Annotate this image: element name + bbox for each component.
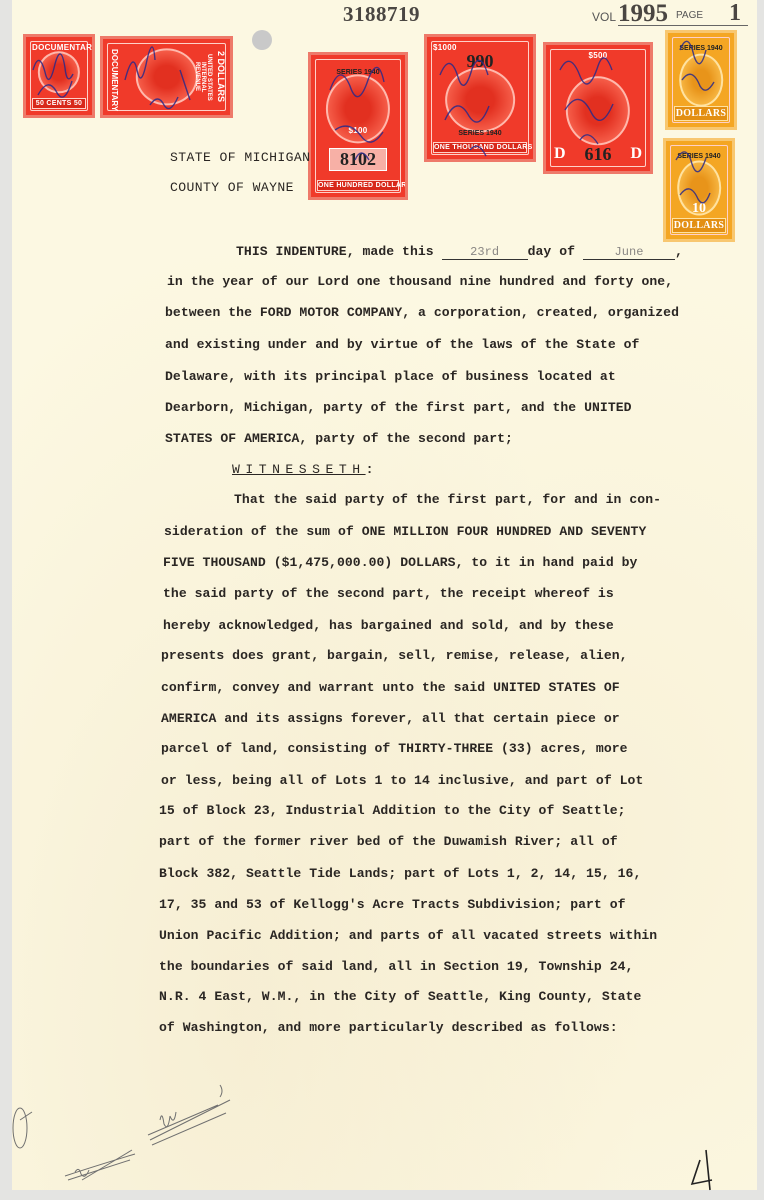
body-line: in the year of our Lord one thousand nin… [167,274,673,289]
revenue-stamp-1000-dollars: $1000 990 SERIES 1940 ONE THOUSAND DOLLA… [424,34,536,162]
body-line: Delaware, with its principal place of bu… [165,369,616,384]
body-line: parcel of land, consisting of THIRTY-THR… [161,741,628,756]
witnesseth-heading: WITNESSETH: [232,462,374,477]
document-number: 3188719 [343,2,420,27]
body-line: sideration of the sum of ONE MILLION FOU… [164,524,646,539]
body-line: part of the former river bed of the Duwa… [159,834,618,849]
body-line: Block 382, Seattle Tide Lands; part of L… [159,866,641,881]
body-line: confirm, convey and warrant unto the sai… [161,680,620,695]
header-rule [618,25,748,26]
body-line: N.R. 4 East, W.M., in the City of Seattl… [159,989,641,1004]
body-line: presents does grant, bargain, sell, remi… [161,648,628,663]
body-line: the boundaries of said land, all in Sect… [159,959,633,974]
body-line: AMERICA and its assigns forever, all tha… [161,711,620,726]
body-line: or less, being all of Lots 1 to 14 inclu… [161,773,643,788]
body-line: Union Pacific Addition; and parts of all… [159,928,657,943]
venue-state: STATE OF MICHIGAN [170,150,310,165]
revenue-stamp-2-dollars: DOCUMENTARY UNITED STATES INTERNAL REVEN… [100,36,233,118]
body-line: hereby acknowledged, has bargained and s… [163,618,614,633]
body-line: and existing under and by virtue of the … [165,337,639,352]
witnesseth-word: WITNESSETH [232,462,366,477]
day-of-label: day of [528,244,583,259]
vol-label: VOL [592,10,616,24]
body-line: FIVE THOUSAND ($1,475,000.00) DOLLARS, t… [163,555,637,570]
revenue-stamp-10-dollars: SERIES 1940 DOLLARS [665,30,737,130]
revenue-stamp-100-dollars: SERIES 1940 $100 8102 ONE HUNDRED DOLLAR… [308,52,408,200]
punch-hole-icon [252,30,272,50]
body-line: That the said party of the first part, f… [234,492,661,507]
body-line: between the FORD MOTOR COMPANY, a corpor… [165,305,679,320]
body-line: 15 of Block 23, Industrial Addition to t… [159,803,626,818]
body-line: of Washington, and more particularly des… [159,1020,618,1035]
month-value: June [614,245,643,259]
body-line: the said party of the second part, the r… [163,586,614,601]
colon: : [366,462,374,477]
indenture-prefix: THIS INDENTURE, made this [236,244,442,259]
day-value: 23rd [470,245,499,259]
body-line: Dearborn, Michigan, party of the first p… [165,400,632,415]
body-line: STATES OF AMERICA, party of the second p… [165,431,513,446]
venue-county: COUNTY OF WAYNE [170,180,294,195]
comma: , [675,244,683,259]
page-number: 1 [729,0,741,27]
revenue-stamp-10-dollars: SERIES 1940 10 DOLLARS [663,138,735,242]
page-label: PAGE [676,10,703,21]
revenue-stamp-50-cents: DOCUMENTARY 50 CENTS 50 [23,34,95,118]
vol-number: 1995 [618,0,668,28]
indenture-opening-line: THIS INDENTURE, made this 23rdday of Jun… [236,244,683,260]
day-blank: 23rd [442,244,528,260]
body-line: 17, 35 and 53 of Kellogg's Acre Tracts S… [159,897,626,912]
revenue-stamp-500-dollars: $500 616 D D [543,42,653,174]
month-blank: June [583,244,675,260]
